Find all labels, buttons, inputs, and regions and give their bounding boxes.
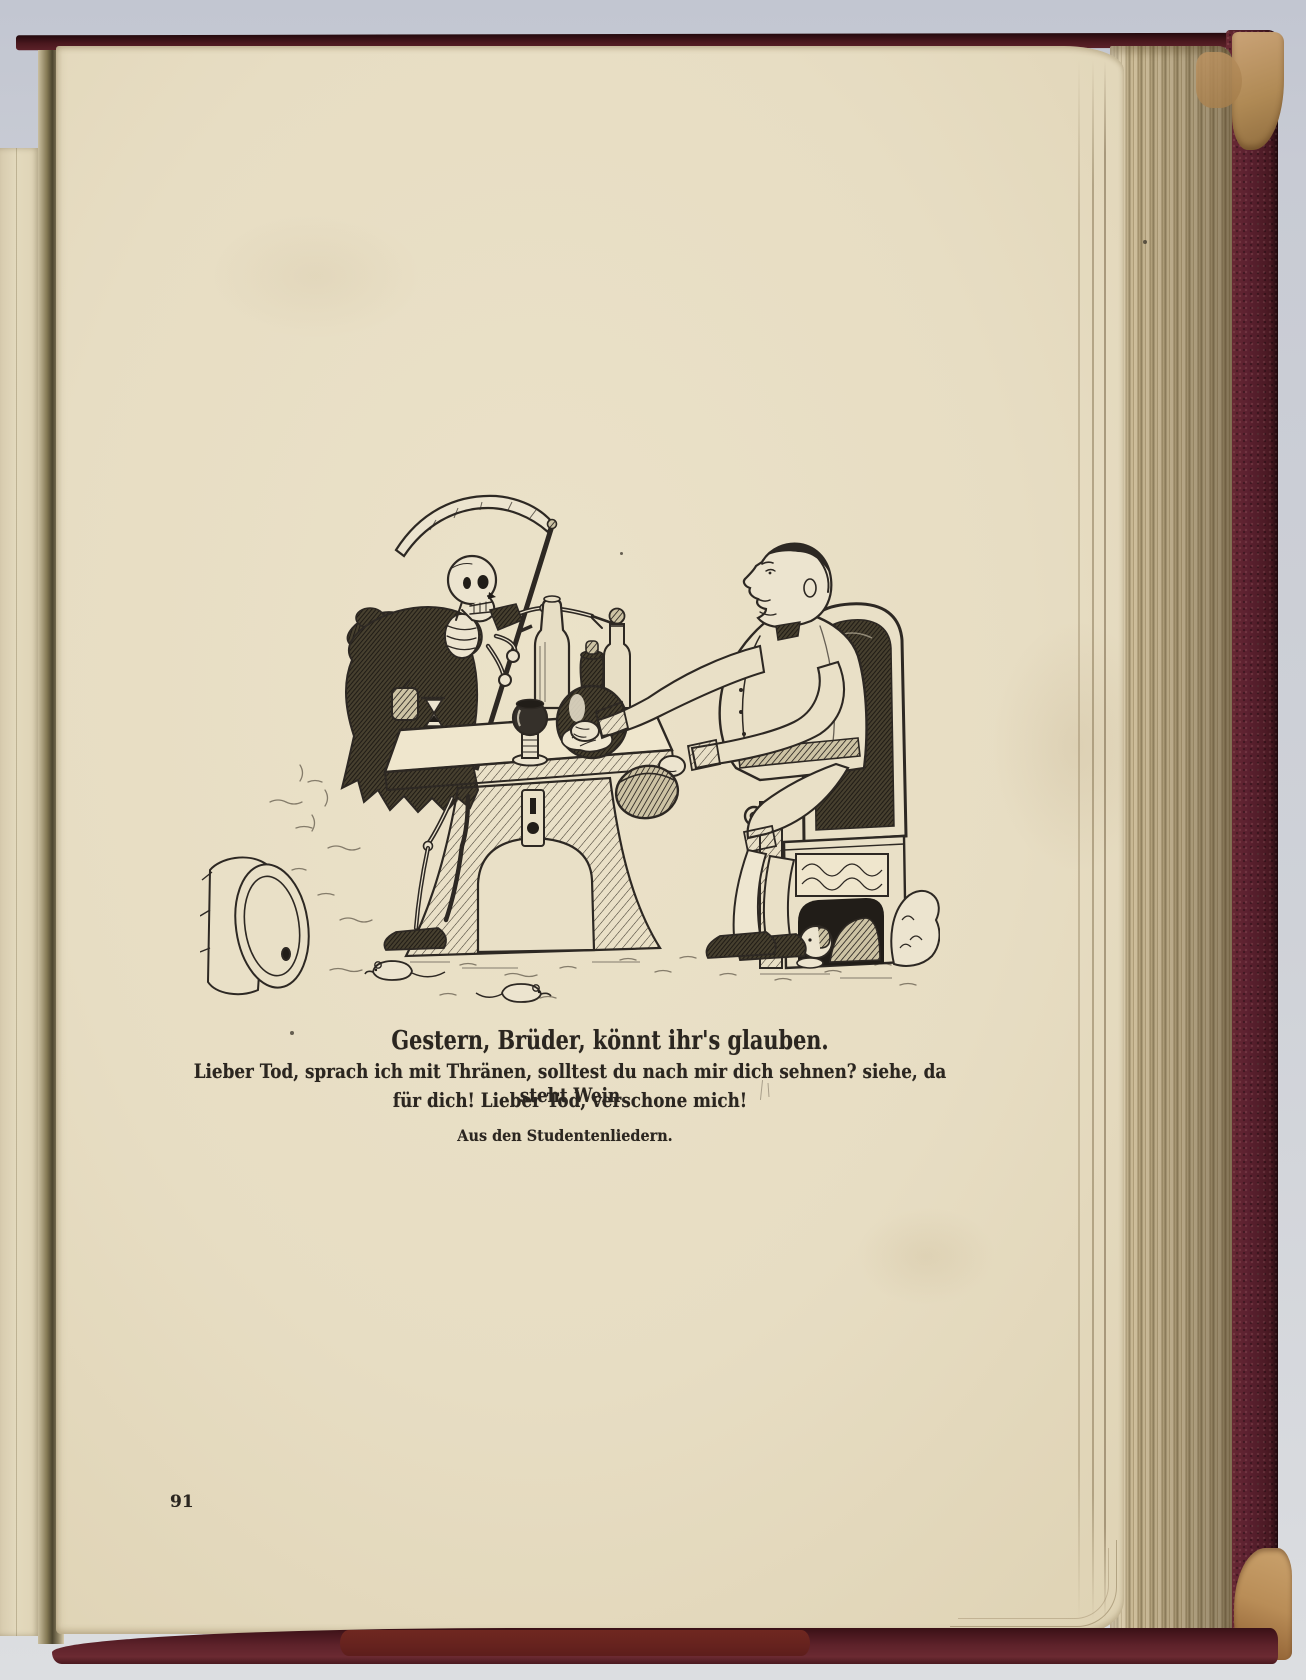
boot (707, 932, 776, 958)
page-fold-line (1092, 60, 1094, 1620)
tall-bottle (535, 596, 569, 708)
page-stack-fore-edge (1110, 46, 1232, 1644)
book-cover-right (1226, 30, 1278, 1664)
table-items (513, 596, 630, 766)
skeleton-shoe (384, 928, 446, 950)
paper-speck (1143, 240, 1147, 244)
caption-title: Gestern, Brüder, könnt ihr's glauben. (250, 1026, 970, 1056)
worn-patch-top-right (1196, 52, 1242, 108)
mouse (365, 961, 445, 980)
caption-verse-line-2: für dich! Lieber Tod, verschone mich! (192, 1088, 948, 1112)
cover-bottom-red-edge (340, 1630, 810, 1656)
head (744, 544, 831, 627)
book-scan: Woodcut engraving: Death as a skeleton i… (0, 0, 1306, 1680)
page-corner-curl-line (958, 1548, 1109, 1619)
page-crease (16, 148, 17, 1636)
previous-page-edge (0, 148, 40, 1636)
gripping-arms (488, 636, 519, 686)
hat-box (200, 857, 316, 994)
page-fold-line (1078, 60, 1080, 1620)
caption-attribution: Aus den Studentenliedern. (160, 1126, 970, 1145)
page-fold-line (1104, 60, 1106, 1620)
mouse (476, 984, 551, 1002)
woodcut-illustration: Woodcut engraving: Death as a skeleton i… (200, 450, 940, 1010)
page-number: 91 (170, 1492, 194, 1512)
